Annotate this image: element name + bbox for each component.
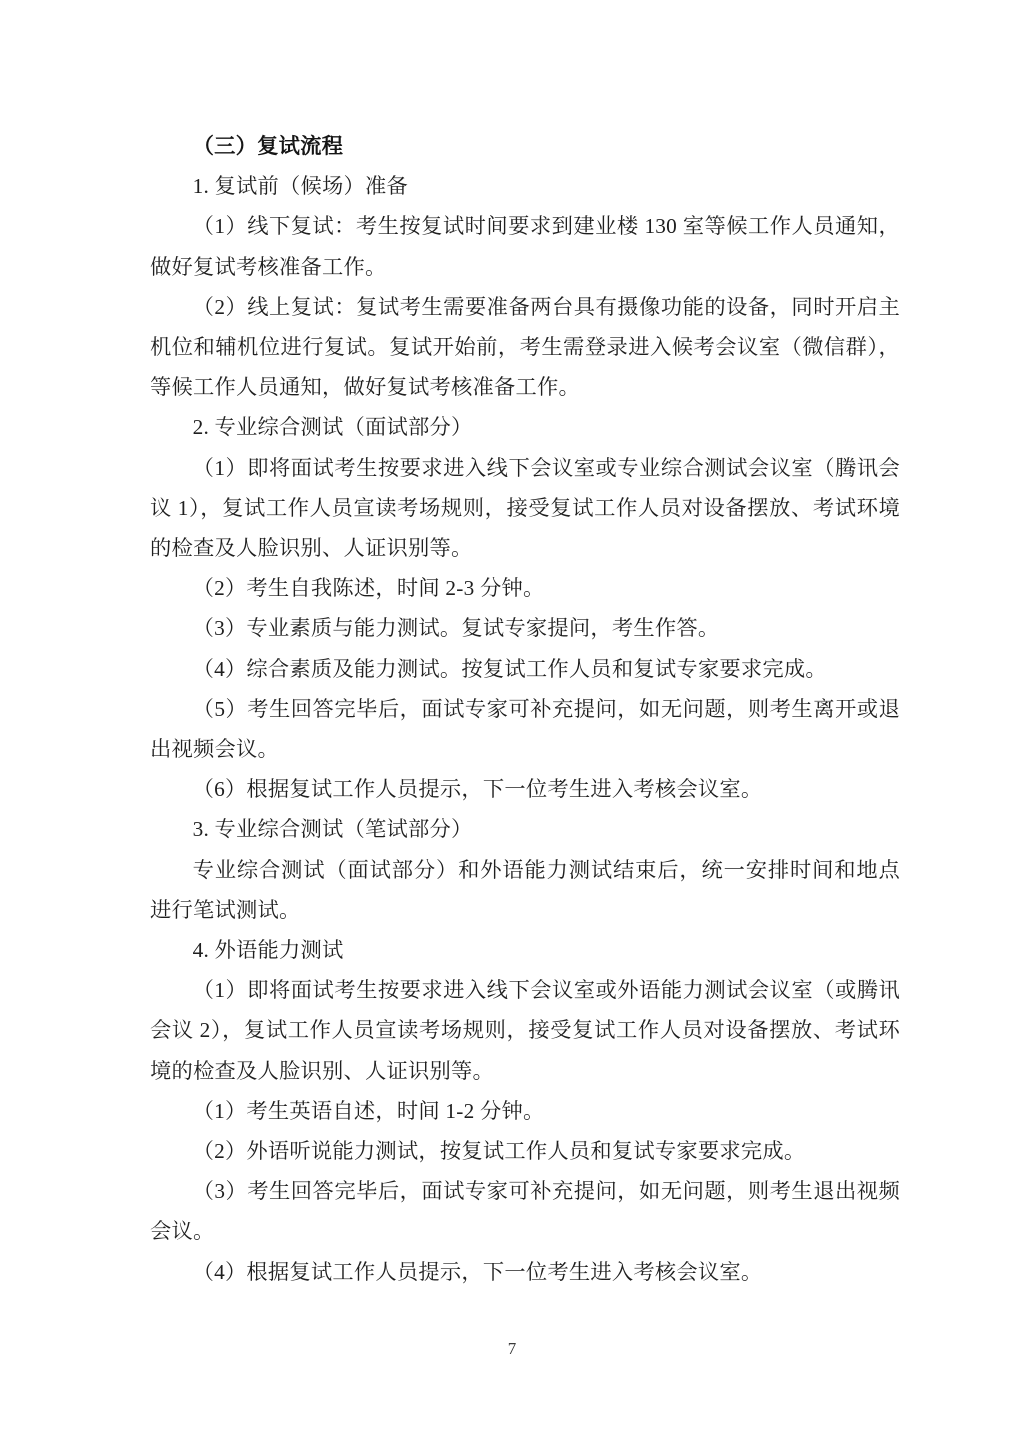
paragraph: 1. 复试前（候场）准备 (150, 166, 900, 206)
page-number: 7 (508, 1339, 517, 1358)
paragraph: （1）考生英语自述，时间 1-2 分钟。 (150, 1091, 900, 1131)
document-page: （三）复试流程1. 复试前（候场）准备（1）线下复试：考生按复试时间要求到建业楼… (0, 0, 1024, 1448)
paragraph: （1）即将面试考生按要求进入线下会议室或外语能力测试会议室（或腾讯会议 2），复… (150, 970, 900, 1091)
paragraph: （4）根据复试工作人员提示，下一位考生进入考核会议室。 (150, 1252, 900, 1292)
paragraph: 4. 外语能力测试 (150, 930, 900, 970)
paragraph: （3）专业素质与能力测试。复试专家提问，考生作答。 (150, 608, 900, 648)
paragraph: （2）考生自我陈述，时间 2-3 分钟。 (150, 568, 900, 608)
paragraph: （3）考生回答完毕后，面试专家可补充提问，如无问题，则考生退出视频会议。 (150, 1171, 900, 1251)
paragraph: 专业综合测试（面试部分）和外语能力测试结束后，统一安排时间和地点进行笔试测试。 (150, 850, 900, 930)
paragraph: （2）外语听说能力测试，按复试工作人员和复试专家要求完成。 (150, 1131, 900, 1171)
paragraph: （1）即将面试考生按要求进入线下会议室或专业综合测试会议室（腾讯会议 1），复试… (150, 448, 900, 569)
section-heading: （三）复试流程 (150, 126, 900, 166)
paragraph: 3. 专业综合测试（笔试部分） (150, 809, 900, 849)
paragraph: 2. 专业综合测试（面试部分） (150, 407, 900, 447)
paragraph: （1）线下复试：考生按复试时间要求到建业楼 130 室等候工作人员通知，做好复试… (150, 206, 900, 286)
page-footer: 7 (0, 1338, 1024, 1360)
paragraph: （4）综合素质及能力测试。按复试工作人员和复试专家要求完成。 (150, 649, 900, 689)
paragraph: （2）线上复试：复试考生需要准备两台具有摄像功能的设备，同时开启主机位和辅机位进… (150, 287, 900, 408)
paragraph: （6）根据复试工作人员提示，下一位考生进入考核会议室。 (150, 769, 900, 809)
document-body: （三）复试流程1. 复试前（候场）准备（1）线下复试：考生按复试时间要求到建业楼… (150, 126, 900, 1292)
paragraph: （5）考生回答完毕后，面试专家可补充提问，如无问题，则考生离开或退出视频会议。 (150, 689, 900, 769)
